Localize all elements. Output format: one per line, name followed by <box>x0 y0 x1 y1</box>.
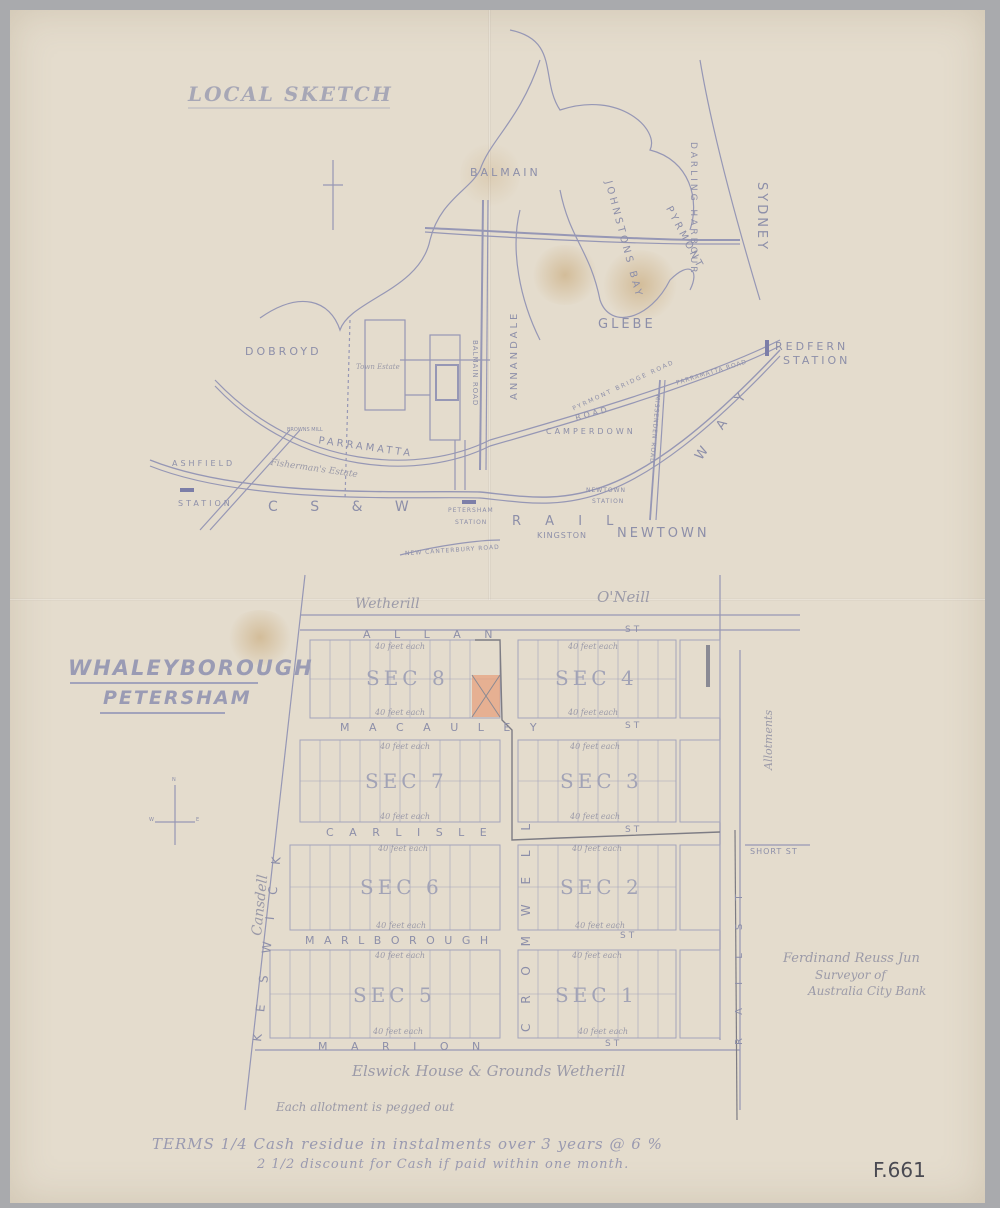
section-2: SEC 2 <box>560 877 643 897</box>
label-oneill: O'Neill <box>597 590 650 605</box>
label-camperdown: CAMPERDOWN <box>546 428 636 436</box>
label-kingston: KINGSTON <box>537 532 587 540</box>
compass-east: E <box>196 818 202 823</box>
label-newtown-station-2: STATION <box>592 499 624 505</box>
estate-title: WHALEYBOROUGH <box>68 658 314 679</box>
surveyor-name: Ferdinand Reuss Jun <box>783 952 920 965</box>
section-3: SEC 3 <box>560 771 643 791</box>
label-glebe: GLEBE <box>598 318 656 331</box>
label-petersham-station-2: STATION <box>455 520 487 526</box>
surveyor-bank: Australia City Bank <box>808 985 926 997</box>
label-allotments: Allotments <box>763 710 774 770</box>
street-cromwell: C R O M W E L L <box>520 816 532 1032</box>
label-balmain-road: BALMAIN ROAD <box>471 340 478 406</box>
street-allan: A L L A N <box>363 629 503 640</box>
frontage-note: 40 feet each <box>578 1028 628 1036</box>
frontage-note: 40 feet each <box>375 709 425 717</box>
frontage-note: 40 feet each <box>373 1028 423 1036</box>
frontage-note: 40 feet each <box>568 643 618 651</box>
surveyor-title: Surveyor of <box>815 969 886 981</box>
label-redfern: REDFERN <box>775 341 848 352</box>
label-pegged-note: Each allotment is pegged out <box>276 1101 454 1113</box>
street-carlisle: C A R L I S L E <box>326 827 493 838</box>
terms-line-2: 2 1/2 discount for Cash if paid within o… <box>257 1157 629 1172</box>
map-linework <box>0 0 1000 1208</box>
street-marion-st: ST <box>605 1040 622 1049</box>
street-marlborough: M A R L B O R O U G H <box>305 935 491 946</box>
local-sketch-title: LOCAL SKETCH <box>188 84 393 104</box>
frontage-note: 40 feet each <box>375 643 425 651</box>
label-browns-mill: BROWNS MILL <box>287 428 323 433</box>
label-elswick-house: Elswick House & Grounds Wetherill <box>352 1064 625 1079</box>
label-town-estate: Town Estate <box>356 364 400 371</box>
compass-west: W <box>149 818 157 823</box>
catalogue-reference: F.661 <box>873 1158 926 1182</box>
label-csw-railway: C S & W <box>268 500 423 514</box>
frontage-note: 40 feet each <box>570 743 620 751</box>
label-dobroyd: DOBROYD <box>245 346 322 357</box>
street-macauley: M A C A U L E Y <box>340 722 545 733</box>
frontage-note: 40 feet each <box>380 743 430 751</box>
street-allan-st: ST <box>625 626 642 635</box>
label-petersham-station: PETERSHAM <box>448 508 494 514</box>
compass-north: N <box>172 778 179 783</box>
street-short-st: SHORT ST <box>750 848 798 856</box>
frontage-note: 40 feet each <box>380 813 430 821</box>
label-ashfield: ASHFIELD <box>172 460 235 468</box>
section-1: SEC 1 <box>555 985 638 1005</box>
label-railway-rail: R A I L <box>512 515 623 528</box>
label-sydney: SYDNEY <box>755 182 768 252</box>
frontage-note: 40 feet each <box>575 922 625 930</box>
section-5: SEC 5 <box>353 985 436 1005</box>
label-newtown: NEWTOWN <box>617 527 710 540</box>
frontage-note: 40 feet each <box>572 845 622 853</box>
section-4: SEC 4 <box>555 668 638 688</box>
label-balmain: BALMAIN <box>470 167 541 178</box>
frontage-note: 40 feet each <box>375 952 425 960</box>
label-redfern-station: STATION <box>783 355 850 366</box>
label-ashfield-station: STATION <box>178 500 233 508</box>
label-newtown-station: NEWTOWN <box>586 488 626 494</box>
estate-subtitle: PETERSHAM <box>103 689 252 708</box>
frontage-note: 40 feet each <box>570 813 620 821</box>
street-carlisle-st: ST <box>625 826 642 835</box>
street-macauley-st: ST <box>625 722 642 731</box>
frontage-note: 40 feet each <box>568 709 618 717</box>
street-marion: M A R I O N <box>318 1041 490 1052</box>
label-annandale: ANNANDALE <box>510 311 520 400</box>
street-marlborough-st: ST <box>620 932 637 941</box>
section-6: SEC 6 <box>360 877 443 897</box>
label-wetherill-top: Wetherill <box>355 597 420 611</box>
frontage-note: 40 feet each <box>572 952 622 960</box>
section-7: SEC 7 <box>365 771 448 791</box>
frontage-note: 40 feet each <box>376 922 426 930</box>
frontage-note: 40 feet each <box>378 845 428 853</box>
street-rail: R A I L S T <box>735 884 745 1045</box>
terms-line-1: TERMS 1/4 Cash residue in instalments ov… <box>152 1135 663 1153</box>
section-8: SEC 8 <box>366 668 449 688</box>
